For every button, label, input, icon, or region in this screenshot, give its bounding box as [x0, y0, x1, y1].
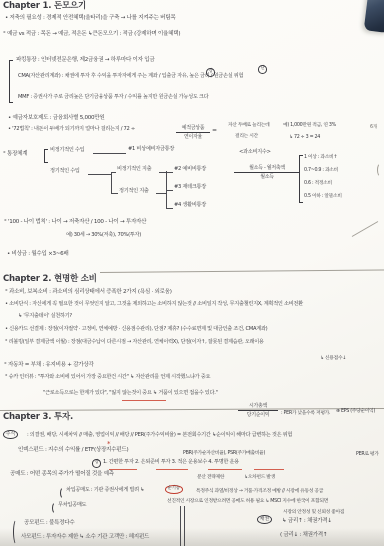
per-eval-note: PER로 평가: [356, 452, 379, 458]
rule72-example-line1: 예) 1,000만원 적금, 연 3%: [283, 123, 336, 129]
rule72-fraction-denominator: 연이자율: [176, 133, 210, 140]
red-underline: [156, 469, 188, 470]
saving-necessity-note: • 저축의 필요성 : 경제적 안전혜택(울타리)을 구축 → 나를 지켜주는 …: [5, 15, 175, 21]
per-valuation-note: : PER가 낮을수록 저평가.: [281, 411, 330, 417]
etf-pros-note: 1. 간편한 투자 2. 은퇴준비 투자 3. 적은 운용보수 4. 투명한 운…: [103, 460, 239, 466]
short-selling-note: 공매도 : 어떤 종목의 주가가 떨어질 것을 예측: [10, 471, 114, 477]
overspending-note: ° 과소비, 보복소비 : 과소비의 심리상태에서 증폭한 2가지 (욕심 · …: [5, 289, 172, 295]
public-fund-note: 공모펀드 : 불특정다수: [24, 520, 74, 526]
no-spend-day-note: ↳ '무지출데이' 실천하기?: [18, 314, 72, 320]
interview-quote-line1: ° 슈카 인터뷰 : "투자와 소비에 있어서 가장 중요한건 시간" ↳ 자산…: [5, 375, 210, 381]
tree-node-irregular-spending: 비정기적인 지출: [117, 167, 151, 173]
positive-function-badge: 순기능: [165, 485, 183, 494]
parking-account-note: 파킹통장 : 인터넷전문은행, 제2금융권 → 하루마다 이자 입금: [16, 57, 154, 63]
stray-pen-stroke: [352, 221, 378, 237]
borrowed-short-note: 차입공매도 : 기관 증권사에게 빌려 ↳: [66, 488, 144, 494]
card-precharge-note: • 신용카드 선결제 : 장점(이자절약 · 고정비, 연체예방 · 신용점수관…: [5, 327, 267, 333]
etf-cons-note: 분산 전략제한: [197, 475, 224, 481]
rule72-note: • '72법칙' : 내돈이 두배가 되기까지 얼마나 걸리는지 / 72 ÷: [8, 127, 135, 133]
overspend-fraction-numerator: 월소득 - 월저축액: [234, 164, 300, 171]
rule100-note: ° '100 - 나이 법칙' : 나이 → 저축자산 / 100 - 나이 →…: [4, 219, 146, 225]
emergency-fund-note: • 비상금 : 월수입 ×3~6배: [7, 251, 69, 257]
overspend-fraction-denominator: 월소득: [234, 173, 300, 180]
eps-note: ⊕ EPS (주당순이익): [336, 409, 375, 415]
car-liability-note: ° 자동차 = 부채 : 유지비용 + 감가상각: [4, 362, 94, 368]
red-underline: [254, 469, 284, 470]
index-fund-note: 인덱스펀드 : 지수의 수익률 / ETF(상장지수펀드): [18, 447, 128, 453]
account-system-label: ° 통장체계: [3, 151, 27, 157]
overspend-item: 0.7~0.9 : 과소비: [304, 168, 338, 174]
overspend-item: 1 이상 : 과소비↑: [304, 155, 337, 161]
deposit-vs-installment-note: ° 예금 vs 적금 : 목돈 → 예금, 적은돈 ↳큰돈모으기 : 적금 (강…: [3, 31, 180, 37]
interview-quote-line2: "근로소득으로는 한계가 있다", "잃지 않는것이 중요 ↳ 거품이 있으면 …: [43, 391, 218, 397]
deposit-insurance-note: • 예금자보호제도 : 금융회사별 5,000만원: [8, 115, 104, 121]
rule100-example: 예) 30세 → 30%(저축), 70%(투자): [66, 233, 141, 239]
highlight-star-icon: *: [107, 440, 110, 448]
stock-rights-note: : 의결권, 배당, 시세차익 // 매출, 영업이익 // 배당 // PER…: [27, 433, 292, 439]
overspend-index-fraction: 월소득 - 월저축액 월소득: [234, 164, 300, 180]
tree-connector: [167, 172, 173, 173]
red-underline: [109, 469, 137, 470]
chapter2-title: Chapter 2. 현명한 소비: [3, 275, 97, 285]
edge-partial-bracket: [377, 163, 384, 177]
overspend-items-bracket: [299, 155, 303, 203]
market-stability-note: 시장의 안정성 및 신뢰성 좋아짐: [283, 510, 344, 516]
spending-fast-note: • 소비단식 : 자신에게 꼭 필요한 것이 무엇인지 알고, 그것을 제외하고…: [5, 302, 303, 308]
etf-cons-note2: ↳오차펀드 발생: [244, 475, 275, 481]
tree-connector: [88, 174, 111, 175]
chapter3-title: Chapter 3. 투자.: [3, 413, 73, 423]
per-numerator: 시가총액: [238, 402, 278, 409]
photo-bottom-shadow: [0, 528, 384, 546]
market-recognition-note: 선진적인 시장으로 인정받으려면 공매도 허용 필요 ↳ MSCI 지수에 한국…: [167, 499, 328, 505]
pbr-psr-note: PBR(주가순자산비율), PSR(주가매출비율): [183, 451, 265, 457]
cma-pros-badge: 장: [206, 68, 215, 77]
tree-connector: [112, 193, 118, 194]
per-denominator: 당기순이익: [238, 411, 278, 418]
account-types-bracket: [9, 60, 13, 103]
red-underline: [122, 400, 166, 401]
tree-connector: [167, 208, 173, 209]
tree-node-account4: #4 생활비통장: [174, 203, 206, 209]
photo-corner-object: [364, 0, 384, 34]
section-divider-line: [100, 270, 384, 273]
tree-connector: [111, 172, 112, 194]
revolving-note: ° 리볼빙(일부 결제금액 이월) : 장점(대금수납이 다른시점 → 자산관리…: [5, 340, 264, 346]
tree-connector: [112, 172, 116, 173]
red-underline: [208, 469, 242, 470]
etf-pros-badge: 장: [92, 459, 101, 468]
naked-short-note: 무차입공매도: [58, 503, 86, 509]
edge-cutoff-note: 6개: [370, 125, 377, 131]
tree-node-regular-income: 정기적인 수입: [50, 169, 80, 175]
bond-rate-up-note: ↳ 금리↑ : 채권가격↓: [282, 518, 332, 524]
per-formula-fraction: 시가총액 당기순이익: [238, 402, 278, 418]
chapter1-title: Chapter 1. 돈모으기: [3, 2, 86, 12]
rule72-fraction-numerator: 예적금상품: [176, 124, 210, 131]
tree-node-account3: #3 재테크통장: [174, 185, 206, 191]
tree-connector: [167, 190, 173, 191]
rule72-result-line1: 자산 두배로 늘리는데: [228, 123, 269, 129]
tree-node-account2: #2 예비비통장: [174, 167, 206, 173]
stock-badge: 주식: [3, 430, 18, 439]
tree-connector: [93, 153, 126, 154]
revolving-credit-score-note: ↳ 신용점수↓: [320, 356, 346, 362]
rule72-fraction: 예적금상품 연이자율: [176, 124, 210, 140]
rule72-result-line2: 걸리는 시간: [235, 134, 258, 140]
short-function-note: 특정주식 과열/비정상 → 거품·가격조정 예방 // 시장에 유동성 공급: [196, 489, 323, 495]
bond-badge: 채권: [257, 515, 272, 524]
overspend-index-title: <과소비지수>: [239, 150, 271, 156]
rule72-equals: =: [212, 128, 217, 135]
tree-node-irregular-income: 비정기적인 수입: [50, 148, 84, 154]
handwritten-notes-page: Chapter 1. 돈모으기 • 저축의 필요성 : 경제적 안전혜택(울타리…: [0, 0, 384, 546]
rule72-example-line2: ↳ 72 ÷ 3 = 24: [289, 135, 320, 141]
account-system-bracket: [44, 149, 48, 163]
cma-cons-badge: 단: [258, 65, 267, 74]
overspend-item: 0.5 이하 : 알뜰소비: [304, 194, 342, 200]
tree-node-regular-spending: 정기적인 지출: [119, 189, 149, 195]
tree-node-account1: #1 비상예비자금통장: [128, 147, 174, 153]
mmf-note: MMF : 증권사가 주로 금리높은 단기금융상품 투자 / 수익률 높지만 원…: [18, 95, 208, 101]
overspend-item: 0.6 : 적정소비: [304, 181, 332, 187]
